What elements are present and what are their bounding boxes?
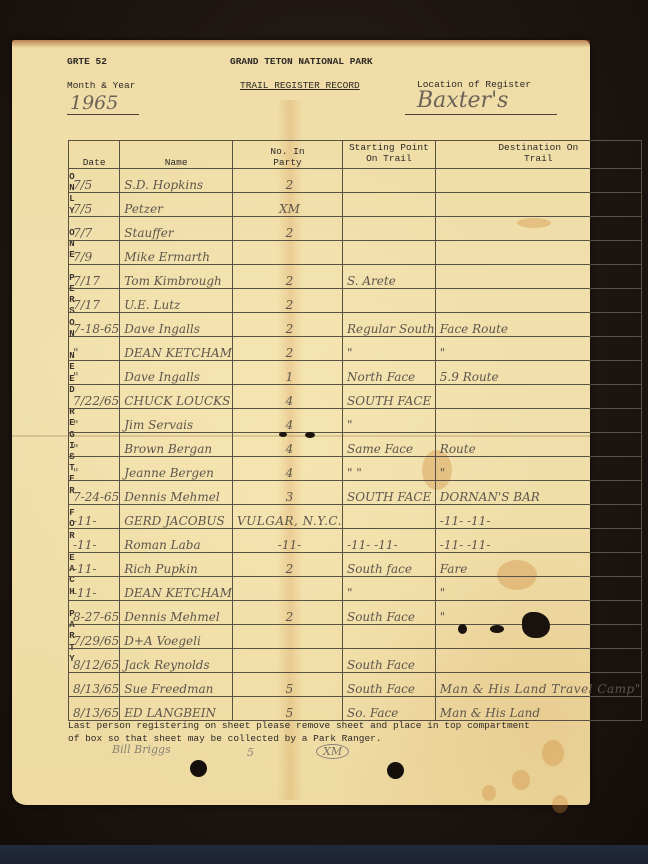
burn-mark [490, 625, 504, 633]
cell-date: 7/29/65 [69, 625, 120, 649]
cell-party: 5 [233, 697, 343, 721]
burn-mark [522, 612, 550, 638]
header-date: Date [69, 141, 120, 169]
header-start-line1: Starting Point [349, 142, 429, 153]
cell-start: South face [342, 553, 435, 577]
table-row: -11-Rich Pupkin2South faceFare [69, 553, 642, 577]
cell-name: DEAN KETCHAM [120, 337, 233, 361]
cell-start: S. Arete [342, 265, 435, 289]
header-dest-line2: Trail [524, 153, 553, 164]
table-row: "Brown Bergan4Same FaceRoute [69, 433, 642, 457]
cell-start [342, 289, 435, 313]
cell-party: 4 [233, 457, 343, 481]
cell-start: Same Face [342, 433, 435, 457]
cell-dest [435, 265, 641, 289]
cell-date: -11- [69, 553, 120, 577]
cell-dest: 5.9 Route [435, 361, 641, 385]
cell-dest: " [435, 337, 641, 361]
cell-start: " [342, 409, 435, 433]
burn-mark [279, 432, 287, 437]
cell-start: South Face [342, 649, 435, 673]
cell-name: CHUCK LOUCKS [120, 385, 233, 409]
agency-name: GRAND TETON NATIONAL PARK [230, 56, 373, 67]
cell-party: 2 [233, 601, 343, 625]
cell-date: -11- [69, 577, 120, 601]
header-date-label: Date [83, 157, 106, 168]
cell-name: Dave Ingalls [120, 313, 233, 337]
footer-handwritten-count: 5 [247, 746, 254, 759]
cell-party: 2 [233, 265, 343, 289]
cell-date: 8/13/65 [69, 673, 120, 697]
cell-date: -11- [69, 505, 120, 529]
cell-party: 4 [233, 385, 343, 409]
cell-date: 8/13/65 [69, 697, 120, 721]
cell-party: -11- [233, 529, 343, 553]
cell-dest [435, 217, 641, 241]
cell-date: " [69, 409, 120, 433]
cell-dest: Man & His Land Travel Camp" [435, 673, 641, 697]
stain-spot [512, 770, 530, 790]
cell-date: " [69, 361, 120, 385]
table-row: -11-DEAN KETCHAM"" [69, 577, 642, 601]
cell-date: 7/17 [69, 289, 120, 313]
cell-name: Tom Kimbrough [120, 265, 233, 289]
cell-name: DEAN KETCHAM [120, 577, 233, 601]
cell-date: " [69, 337, 120, 361]
cell-party [233, 577, 343, 601]
table-row: 7/29/65D+A Voegeli [69, 625, 642, 649]
cell-party: 3 [233, 481, 343, 505]
cell-name: Dennis Mehmel [120, 601, 233, 625]
table-header-row: Date Name No. InParty Starting PointOn T… [69, 141, 642, 169]
footer-handwritten-mark: XM [316, 744, 349, 759]
cell-start: " " [342, 457, 435, 481]
cell-name: Sue Freedman [120, 673, 233, 697]
cell-party: 2 [233, 313, 343, 337]
cell-party: 4 [233, 433, 343, 457]
cell-date: 7-18-65 [69, 313, 120, 337]
burn-mark [458, 624, 467, 634]
cell-dest: Fare [435, 553, 641, 577]
cell-date: " [69, 433, 120, 457]
cell-start [342, 505, 435, 529]
header-name-label: Name [165, 157, 188, 168]
cell-name: D+A Voegeli [120, 625, 233, 649]
binder-hole-right [387, 762, 404, 779]
header-party-line1: No. In [270, 146, 304, 157]
cell-party [233, 649, 343, 673]
table-row: "Jim Servais4" [69, 409, 642, 433]
cell-dest: -11- -11- [435, 505, 641, 529]
cell-start: Regular South [342, 313, 435, 337]
table-row: 7-24-65Dennis Mehmel3SOUTH FACEDORNAN'S … [69, 481, 642, 505]
cell-party [233, 241, 343, 265]
form-id: GRTE 52 [67, 56, 107, 67]
binder-hole-left [190, 760, 207, 777]
header-dest-line1: Destination On [498, 142, 578, 153]
cell-date: 7/22/65 [69, 385, 120, 409]
table-row: 8/13/65Sue Freedman5South FaceMan & His … [69, 673, 642, 697]
cell-start: So. Face [342, 697, 435, 721]
header-party: No. InParty [233, 141, 343, 169]
table-row: 7/17U.E. Lutz2 [69, 289, 642, 313]
cell-date: 7/7 [69, 217, 120, 241]
cell-dest [435, 409, 641, 433]
table-edge-background [0, 845, 648, 864]
stain-spot [552, 795, 568, 813]
form-title: TRAIL REGISTER RECORD [240, 80, 360, 91]
cell-dest: " [435, 577, 641, 601]
cell-start: South Face [342, 673, 435, 697]
cell-dest [435, 289, 641, 313]
location-value: Baxter's [417, 88, 508, 113]
table-row: "Dave Ingalls1North Face5.9 Route [69, 361, 642, 385]
cell-name: Rich Pupkin [120, 553, 233, 577]
cell-party: VULGAR, N.Y.C. [233, 505, 343, 529]
burn-mark [305, 432, 315, 438]
footer-instructions-line1: Last person registering on sheet please … [68, 720, 530, 731]
cell-party: 2 [233, 289, 343, 313]
cell-name: Petzer [120, 193, 233, 217]
cell-name: Jack Reynolds [120, 649, 233, 673]
cell-name: Dennis Mehmel [120, 481, 233, 505]
trail-register-sheet: GRTE 52 GRAND TETON NATIONAL PARK Month … [12, 40, 590, 805]
cell-dest [435, 649, 641, 673]
cell-date: 7/9 [69, 241, 120, 265]
cell-start: " [342, 337, 435, 361]
cell-start [342, 625, 435, 649]
cell-start: SOUTH FACE [342, 481, 435, 505]
cell-name: Roman Laba [120, 529, 233, 553]
cell-name: Mike Ermarth [120, 241, 233, 265]
table-row: -11-GERD JACOBUSVULGAR, N.Y.C.-11- -11- [69, 505, 642, 529]
table-row: 8/13/65ED LANGBEIN5So. FaceMan & His Lan… [69, 697, 642, 721]
cell-date: 8-27-65 [69, 601, 120, 625]
cell-start: South Face [342, 601, 435, 625]
cell-party: XM [233, 193, 343, 217]
month-year-label: Month & Year [67, 80, 135, 91]
cell-dest [435, 193, 641, 217]
cell-party: 2 [233, 169, 343, 193]
cell-party: 1 [233, 361, 343, 385]
table-row: 7/9Mike Ermarth [69, 241, 642, 265]
month-year-underline [67, 114, 139, 115]
cell-party: 4 [233, 409, 343, 433]
footer-handwritten-name: Bill Briggs [112, 743, 171, 756]
cell-party: 2 [233, 337, 343, 361]
table-row: 7/7Stauffer2 [69, 217, 642, 241]
cell-start [342, 169, 435, 193]
month-year-value: 1965 [70, 92, 118, 114]
cell-name: Dave Ingalls [120, 361, 233, 385]
header-start: Starting PointOn Trail [342, 141, 435, 169]
stain-spot [482, 785, 496, 801]
header-name: Name [120, 141, 233, 169]
cell-date: 7-24-65 [69, 481, 120, 505]
cell-dest: Man & His Land [435, 697, 641, 721]
header-dest: Destination OnTrail [435, 141, 641, 169]
cell-name: ED LANGBEIN [120, 697, 233, 721]
cell-start: " [342, 577, 435, 601]
header-start-line2: On Trail [366, 153, 412, 164]
table-row: 7/22/65CHUCK LOUCKS4SOUTH FACE [69, 385, 642, 409]
cell-party: 5 [233, 673, 343, 697]
cell-name: GERD JACOBUS [120, 505, 233, 529]
table-row: 8-27-65Dennis Mehmel2South Face" [69, 601, 642, 625]
cell-name: S.D. Hopkins [120, 169, 233, 193]
location-underline [405, 114, 557, 115]
table-row: "DEAN KETCHAM2"" [69, 337, 642, 361]
cell-name: Jim Servais [120, 409, 233, 433]
table-row: 7/5S.D. Hopkins2 [69, 169, 642, 193]
cell-date: 7/5 [69, 193, 120, 217]
table-row: 7/17Tom Kimbrough2S. Arete [69, 265, 642, 289]
cell-start [342, 241, 435, 265]
cell-name: U.E. Lutz [120, 289, 233, 313]
stain-spot [542, 740, 564, 766]
cell-dest [435, 385, 641, 409]
header-party-line2: Party [273, 157, 302, 168]
cell-date: 8/12/65 [69, 649, 120, 673]
table-row: 8/12/65Jack ReynoldsSouth Face [69, 649, 642, 673]
cell-name: Brown Bergan [120, 433, 233, 457]
table-row: 7/5PetzerXM [69, 193, 642, 217]
cell-dest: DORNAN'S BAR [435, 481, 641, 505]
cell-start: SOUTH FACE [342, 385, 435, 409]
cell-date: -11- [69, 529, 120, 553]
table-row: -11-Roman Laba-11--11- -11--11- -11- [69, 529, 642, 553]
table-row: 7-18-65Dave Ingalls2Regular SouthFace Ro… [69, 313, 642, 337]
cell-name: Stauffer [120, 217, 233, 241]
cell-dest: Route [435, 433, 641, 457]
cell-dest: -11- -11- [435, 529, 641, 553]
cell-dest: Face Route [435, 313, 641, 337]
cell-start [342, 193, 435, 217]
cell-dest [435, 169, 641, 193]
cell-party: 2 [233, 217, 343, 241]
cell-party [233, 625, 343, 649]
cell-party: 2 [233, 553, 343, 577]
cell-dest [435, 241, 641, 265]
cell-date: 7/17 [69, 265, 120, 289]
cell-start: -11- -11- [342, 529, 435, 553]
cell-name: Jeanne Bergen [120, 457, 233, 481]
cell-start: North Face [342, 361, 435, 385]
table-row: "Jeanne Bergen4" "" [69, 457, 642, 481]
register-table: Date Name No. InParty Starting PointOn T… [68, 140, 642, 721]
cell-start [342, 217, 435, 241]
cell-dest: " [435, 457, 641, 481]
cell-date: 7/5 [69, 169, 120, 193]
cell-date: " [69, 457, 120, 481]
